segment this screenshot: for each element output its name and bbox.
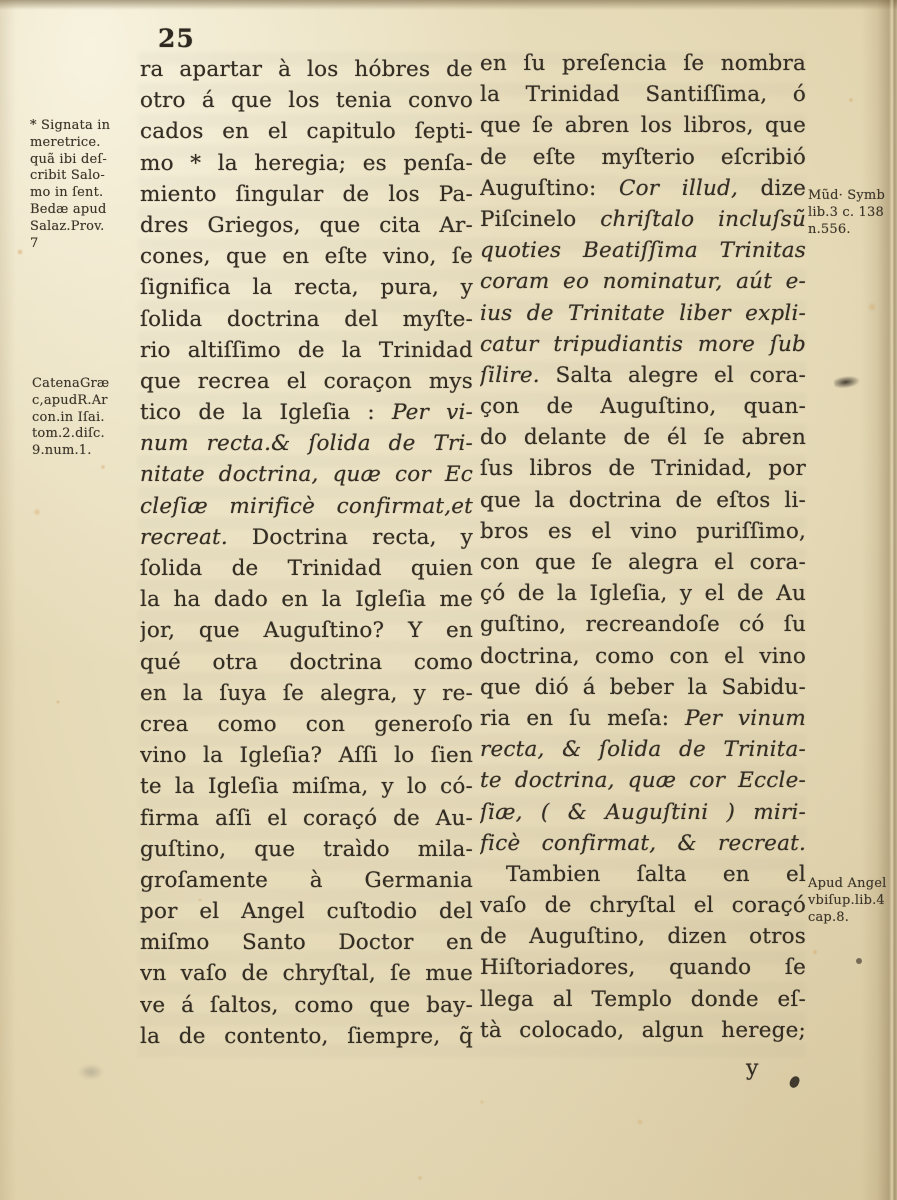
text-line: quoties Beatiſſima Trinitas bbox=[480, 235, 806, 266]
text-line: miſmo Santo Doctor en bbox=[140, 927, 473, 958]
text-line: por el Angel cuſtodio del bbox=[140, 896, 473, 927]
text-line: ria en ſu meſa: Per vinum bbox=[480, 703, 806, 734]
text-line: otro á que los tenia convo bbox=[140, 85, 473, 116]
margin-note-line: con.in Iſai. bbox=[32, 410, 140, 427]
text-line: en ſu preſencia ſe nombra bbox=[480, 48, 806, 79]
margin-note-line: Salaz.Prov. bbox=[30, 219, 138, 236]
text-line: llega al Templo donde eſ- bbox=[480, 984, 806, 1015]
text-line: coram eo nominatur, aút e- bbox=[480, 266, 806, 297]
text-line: Tambien ſalta en el bbox=[480, 859, 806, 890]
margin-note-right-1: Mũd· Symblib.3 c. 138n.556. bbox=[808, 188, 894, 238]
text-line: ius de Trinitate liber expli- bbox=[480, 298, 806, 329]
margin-note-line: cap.8. bbox=[808, 910, 894, 927]
text-line: jor, que Auguſtino? Y en bbox=[140, 615, 473, 646]
margin-note-line: 9.num.1. bbox=[32, 443, 140, 460]
page-edge bbox=[861, 0, 897, 1200]
text-line: do delante de él ſe abren bbox=[480, 422, 806, 453]
book-page: 25 * Signata inmeretrice.quã ibi deſ-cri… bbox=[0, 0, 897, 1200]
text-column-left: ra apartar à los hóbres deotro á que los… bbox=[140, 54, 473, 1052]
margin-note-line: lib.3 c. 138 bbox=[808, 205, 894, 222]
text-line: crea como con generoſo bbox=[140, 709, 473, 740]
text-line: tà colocado, algun herege; bbox=[480, 1015, 806, 1046]
text-column-right: en ſu preſencia ſe nombrala Trinidad San… bbox=[480, 48, 806, 1046]
text-line: que la doctrina de eſtos li- bbox=[480, 485, 806, 516]
text-line: ficè confirmat, & recreat. bbox=[480, 828, 806, 859]
margin-note-right-2: Apud Angelvbiſup.lib.4cap.8. bbox=[808, 876, 894, 926]
text-line: çon de Auguſtino, quan- bbox=[480, 391, 806, 422]
margin-note-left-2: CatenaGræc,apudR.Arcon.in Iſai.tom.2.diſ… bbox=[32, 376, 140, 460]
text-line: cones, que en eſte vino, ſe bbox=[140, 241, 473, 272]
text-line: guſtino, que traìdo mila- bbox=[140, 834, 473, 865]
text-line: Auguſtino: Cor illud, dize bbox=[480, 173, 806, 204]
text-line: que dió á beber la Sabidu- bbox=[480, 672, 806, 703]
text-line: recreat. Doctrina recta, y bbox=[140, 522, 473, 553]
text-line: en la ſuya ſe alegra, y re- bbox=[140, 678, 473, 709]
text-line: te doctrina, quæ cor Eccle- bbox=[480, 765, 806, 796]
text-line: ſiæ, ( & Auguſtini ) miri- bbox=[480, 797, 806, 828]
text-line: ra apartar à los hóbres de bbox=[140, 54, 473, 85]
text-line: la Trinidad Santiſſima, ó bbox=[480, 79, 806, 110]
text-line: num recta.& ſolida de Tri- bbox=[140, 428, 473, 459]
margin-note-line: quã ibi deſ- bbox=[30, 152, 138, 169]
page-gutter-shade bbox=[0, 0, 16, 1200]
text-line: çó de la Igleſia, y el de Au bbox=[480, 578, 806, 609]
text-line: bros es el vino puriſſimo, bbox=[480, 516, 806, 547]
margin-note-line: n.556. bbox=[808, 222, 894, 239]
text-line: Piſcinelo chriſtalo incluſsũ bbox=[480, 204, 806, 235]
text-line: mo * la heregia; es penſa- bbox=[140, 148, 473, 179]
text-line: miento ſingular de los Pa- bbox=[140, 179, 473, 210]
text-line: firma aſſi el coraçó de Au- bbox=[140, 803, 473, 834]
margin-note-line: c,apudR.Ar bbox=[32, 393, 140, 410]
text-line: doctrina, como con el vino bbox=[480, 641, 806, 672]
text-line: guſtino, recreandoſe có ſu bbox=[480, 609, 806, 640]
text-line: recta, & ſolida de Trinita- bbox=[480, 734, 806, 765]
text-line: con que ſe alegra el cora- bbox=[480, 547, 806, 578]
catchword: y bbox=[746, 1056, 758, 1081]
margin-note-line: CatenaGræ bbox=[32, 376, 140, 393]
text-line: ſignifica la recta, pura, y bbox=[140, 272, 473, 303]
text-line: vino la Igleſia? Aſſi lo ſien bbox=[140, 740, 473, 771]
text-line: de Auguſtino, dizen otros bbox=[480, 921, 806, 952]
text-line: vaſo de chryſtal el coraçó bbox=[480, 890, 806, 921]
margin-note-line: Bedæ apud bbox=[30, 202, 138, 219]
margin-note-line: mo in ſent. bbox=[30, 185, 138, 202]
text-line: tico de la Igleſia : Per vi- bbox=[140, 397, 473, 428]
text-line: qué otra doctrina como bbox=[140, 647, 473, 678]
text-line: catur tripudiantis more ſub bbox=[480, 329, 806, 360]
text-line: la ha dado en la Igleſia me bbox=[140, 584, 473, 615]
ink-smudge bbox=[78, 1064, 104, 1080]
text-line: ſus libros de Trinidad, por bbox=[480, 453, 806, 484]
ink-fleck bbox=[856, 958, 862, 964]
margin-note-left-1: * Signata inmeretrice.quã ibi deſ-cribit… bbox=[30, 118, 138, 252]
text-line: cleſiæ mirificè confirmat,et bbox=[140, 491, 473, 522]
margin-note-line: Mũd· Symb bbox=[808, 188, 894, 205]
ink-smudge bbox=[833, 374, 860, 389]
margin-note-line: Apud Angel bbox=[808, 876, 894, 893]
text-line: cados en el capitulo ſepti- bbox=[140, 116, 473, 147]
text-line: que recrea el coraçon mys bbox=[140, 366, 473, 397]
margin-note-line: vbiſup.lib.4 bbox=[808, 893, 894, 910]
margin-note-line: cribit Salo- bbox=[30, 168, 138, 185]
text-line: groſamente à Germania bbox=[140, 865, 473, 896]
margin-note-line: meretrice. bbox=[30, 135, 138, 152]
page-number: 25 bbox=[158, 24, 195, 53]
text-line: nitate doctrina, quæ cor Ec bbox=[140, 459, 473, 490]
margin-note-line: * Signata in bbox=[30, 118, 138, 135]
text-line: Hiſtoriadores, quando ſe bbox=[480, 952, 806, 983]
text-line: ſolida de Trinidad quien bbox=[140, 553, 473, 584]
text-line: que ſe abren los libros, que bbox=[480, 110, 806, 141]
ink-fleck bbox=[788, 1075, 800, 1089]
text-line: ſolida doctrina del myſte- bbox=[140, 304, 473, 335]
text-line: de eſte myſterio eſcribió bbox=[480, 142, 806, 173]
text-line: ſilire. Salta alegre el cora- bbox=[480, 360, 806, 391]
text-line: rio altiſſimo de la Trinidad bbox=[140, 335, 473, 366]
text-line: te la Igleſia miſma, y lo có- bbox=[140, 771, 473, 802]
text-line: dres Griegos, que cita Ar- bbox=[140, 210, 473, 241]
margin-note-line: 7 bbox=[30, 236, 138, 253]
margin-note-line: tom.2.diſc. bbox=[32, 426, 140, 443]
text-line: vn vaſo de chryſtal, ſe mue bbox=[140, 958, 473, 989]
text-line: ve á ſaltos, como que bay- bbox=[140, 990, 473, 1021]
text-line: la de contento, ſiempre, q̃ bbox=[140, 1021, 473, 1052]
